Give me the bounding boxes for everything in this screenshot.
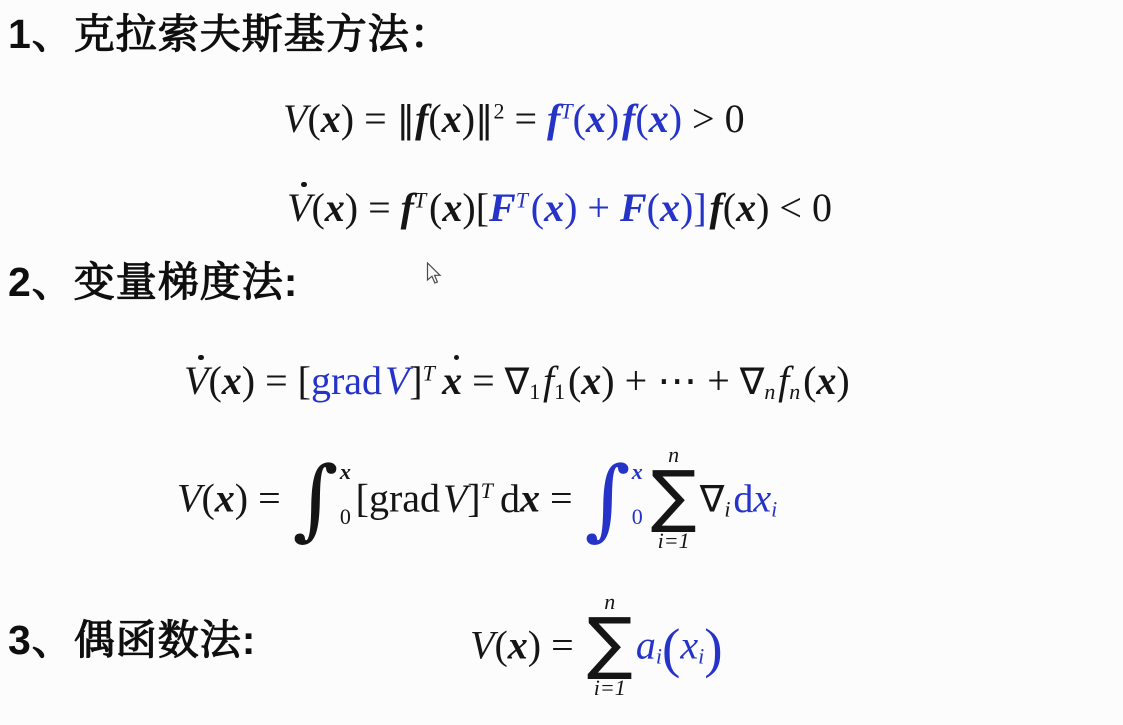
summation: n∑i=1: [651, 443, 697, 552]
overdot-variable: x: [442, 361, 462, 401]
section-3-heading: 3、偶函数法:: [8, 618, 256, 663]
math-token: ): [836, 358, 849, 403]
math-token: V: [283, 96, 307, 141]
integral-symbol: ∫: [585, 459, 631, 538]
integral: ∫x0: [293, 459, 351, 538]
math-token: i: [771, 496, 777, 521]
math-token: x: [508, 623, 528, 668]
math-token: ∇: [505, 360, 530, 403]
math-token: (: [307, 96, 320, 141]
math-token: a: [636, 623, 656, 668]
math-token: x: [736, 185, 756, 230]
math-token: x: [520, 476, 540, 521]
summation: n∑i=1: [587, 590, 633, 699]
math-token: ]: [467, 476, 480, 521]
integral-limits: x0: [630, 459, 642, 538]
math-token: T: [414, 187, 426, 212]
sum-lower-limit: i=1: [658, 529, 690, 552]
sum-lower-limit: i=1: [594, 676, 626, 699]
math-token: ‖: [397, 98, 415, 141]
math-token: x: [680, 623, 698, 668]
math-token: =: [255, 358, 298, 403]
math-token: x: [442, 358, 462, 403]
overdot: [198, 355, 204, 361]
math-token: (: [531, 185, 544, 230]
math-token: ): [704, 617, 722, 678]
math-token: (: [208, 358, 221, 403]
section-2-heading: 2、变量梯度法:: [8, 260, 298, 305]
formula-gradient-vdot: V(x) = [gradV]Tx = ∇1f1(x) + ⋯ + ∇nfn(x): [184, 361, 850, 403]
math-token: ): [462, 185, 475, 230]
math-token: ]: [409, 358, 422, 403]
math-token: V: [287, 185, 311, 230]
math-token: x: [325, 185, 345, 230]
math-token: T: [516, 187, 528, 212]
math-token: d: [500, 476, 520, 521]
math-token: f: [401, 185, 414, 230]
math-token: ∇: [740, 360, 765, 403]
math-token: grad: [369, 476, 440, 521]
math-token: (: [429, 185, 442, 230]
formula-krasovskii-vdot: V(x) = fT(x)[FT(x) + F(x)]f(x) < 0: [287, 188, 832, 228]
math-token: > 0: [682, 96, 745, 141]
math-token: x: [442, 96, 462, 141]
overdot: [301, 182, 307, 188]
math-token: ]: [693, 185, 706, 230]
math-token: f: [415, 96, 428, 141]
math-token: V: [385, 358, 409, 403]
formula-krasovskii-v: V(x) = ‖f(x)‖2 = fT(x)f(x) > 0: [283, 99, 745, 139]
formula-gradient-v: V(x) = ∫x0[gradV]Tdx = ∫x0n∑i=1∇idxi: [177, 448, 777, 557]
math-token: +: [615, 358, 658, 403]
math-token: V: [470, 623, 494, 668]
math-token: f: [547, 96, 560, 141]
math-token: (: [311, 185, 324, 230]
math-token: (: [647, 185, 660, 230]
mouse-cursor-icon: [426, 262, 443, 286]
math-token: 1: [554, 379, 565, 404]
math-token: =: [541, 623, 584, 668]
math-token: f: [543, 358, 554, 403]
math-token: d: [733, 476, 753, 521]
math-token: =: [540, 476, 583, 521]
math-token: x: [215, 476, 235, 521]
math-token: F: [620, 185, 647, 230]
math-token: x: [442, 185, 462, 230]
math-token: i: [724, 496, 730, 521]
math-token: x: [816, 358, 836, 403]
math-token: V: [177, 476, 201, 521]
math-token: (: [723, 185, 736, 230]
math-token: T: [481, 478, 493, 503]
math-token: [: [298, 358, 311, 403]
math-token: x: [321, 96, 341, 141]
integral-lower-limit: 0: [632, 506, 643, 528]
integral: ∫x0: [585, 459, 643, 538]
math-token: T: [560, 98, 572, 123]
math-token: 1: [529, 379, 540, 404]
math-token: x: [581, 358, 601, 403]
math-token: x: [660, 185, 680, 230]
math-token: ): [680, 185, 693, 230]
integral-upper-limit: x: [340, 461, 351, 483]
math-token: x: [753, 476, 771, 521]
math-token: (: [494, 623, 507, 668]
math-token: =: [248, 476, 291, 521]
math-token: =: [462, 358, 505, 403]
math-token: ): [235, 476, 248, 521]
math-token: x: [586, 96, 606, 141]
math-token: F: [489, 185, 516, 230]
math-token: f: [709, 185, 722, 230]
math-token: ∇: [700, 478, 725, 521]
math-token: f: [622, 96, 635, 141]
math-token: n: [789, 379, 800, 404]
math-token: +: [697, 358, 740, 403]
overdot-variable: V: [184, 361, 208, 401]
math-token: ): [345, 185, 358, 230]
math-token: ): [669, 96, 682, 141]
integral-lower-limit: 0: [340, 506, 351, 528]
math-token: =: [354, 96, 397, 141]
math-token: (: [803, 358, 816, 403]
math-token: ): [564, 185, 577, 230]
math-token: (: [568, 358, 581, 403]
math-token: (: [573, 96, 586, 141]
math-token: [: [476, 185, 489, 230]
math-token: ‖: [475, 98, 493, 141]
math-token: (: [201, 476, 214, 521]
cursor-arrow-shape: [428, 263, 441, 283]
math-token: ): [462, 96, 475, 141]
math-token: x: [544, 185, 564, 230]
math-token: T: [423, 360, 435, 385]
math-token: grad: [311, 358, 382, 403]
sum-symbol: ∑: [587, 613, 633, 676]
math-token: x: [222, 358, 242, 403]
math-token: (: [662, 617, 680, 678]
integral-symbol: ∫: [293, 459, 339, 538]
math-token: =: [504, 96, 547, 141]
math-token: 2: [493, 98, 504, 123]
math-token: ⋯: [657, 358, 697, 404]
math-token: [: [356, 476, 369, 521]
math-token: n: [764, 379, 775, 404]
sum-symbol: ∑: [651, 466, 697, 529]
math-token: +: [577, 185, 620, 230]
integral-upper-limit: x: [632, 461, 643, 483]
overdot-variable: V: [287, 188, 311, 228]
math-token: V: [184, 358, 208, 403]
math-token: ): [242, 358, 255, 403]
math-token: V: [443, 476, 467, 521]
math-token: ): [606, 96, 619, 141]
slide-canvas: 1、克拉索夫斯基方法： V(x) = ‖f(x)‖2 = fT(x)f(x) >…: [0, 0, 1123, 725]
math-token: (: [635, 96, 648, 141]
math-token: x: [649, 96, 669, 141]
math-token: ): [341, 96, 354, 141]
math-token: f: [778, 358, 789, 403]
math-token: =: [358, 185, 401, 230]
math-token: ): [601, 358, 614, 403]
math-token: < 0: [769, 185, 832, 230]
formula-even-function-v: V(x) = n∑i=1ai(xi): [470, 595, 723, 704]
math-token: ): [756, 185, 769, 230]
math-token: ): [528, 623, 541, 668]
integral-limits: x0: [339, 459, 351, 538]
math-token: (: [428, 96, 441, 141]
section-1-heading: 1、克拉索夫斯基方法：: [8, 12, 452, 57]
